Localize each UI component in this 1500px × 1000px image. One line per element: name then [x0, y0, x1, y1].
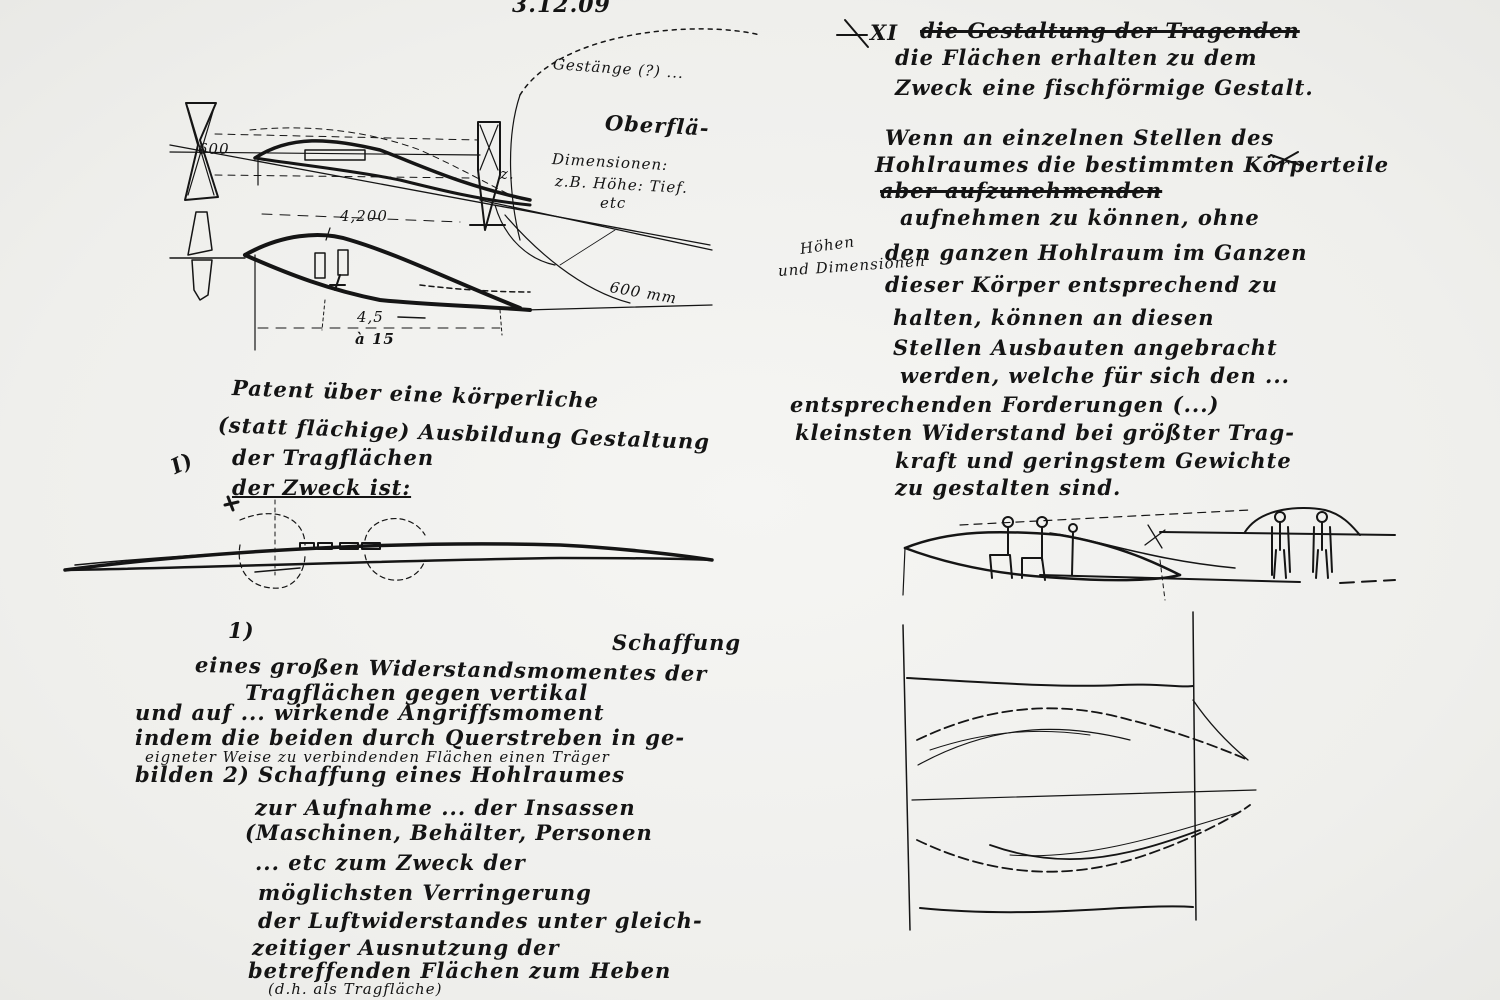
text-line: kleinsten Widerstand bei größter Trag-	[795, 420, 1295, 445]
text-line: entsprechenden Forderungen (...)	[790, 392, 1219, 417]
text-line: zu gestalten sind.	[895, 475, 1121, 500]
text-line: kraft und geringstem Gewichte	[895, 448, 1292, 473]
dim-label: 600	[198, 140, 230, 158]
dim-label: à 15	[355, 330, 395, 348]
text-line: (Maschinen, Behälter, Personen	[245, 820, 653, 845]
text-line: Zweck eine fischförmige Gestalt.	[895, 75, 1314, 100]
section-numeral: XI	[870, 20, 898, 45]
side-note-line: etc	[600, 194, 626, 212]
text-line: zur Aufnahme ... der Insassen	[255, 795, 636, 820]
dim-label: 4,5	[357, 308, 384, 326]
date-label: 3.12.09	[512, 0, 611, 18]
text-line: der Luftwiderstandes unter gleich-	[258, 908, 703, 933]
dim-label: 4,200	[340, 207, 388, 225]
text-line: zeitiger Ausnutzung der	[252, 935, 560, 960]
sketch-fish-wing-with-passengers	[903, 508, 1395, 600]
text-line: die Gestaltung der Tragenden	[920, 18, 1300, 43]
text-line: den ganzen Hohlraum im Ganzen	[885, 240, 1307, 265]
text-line: (d.h. als Tragfläche)	[268, 980, 442, 998]
section-numeral: 1)	[228, 618, 255, 643]
text-line: bilden 2) Schaffung eines Hohlraumes	[135, 762, 625, 787]
text-line: werden, welche für sich den ...	[900, 363, 1290, 388]
text-line: aber aufzunehmenden	[880, 178, 1162, 203]
text-line: möglichsten Verringerung	[258, 880, 592, 905]
sketch-fish-wing-plan-view	[903, 612, 1256, 930]
manuscript-page: 3.12.09 Gestänge (?) ... Oberflä- Dimens…	[0, 0, 1500, 1000]
text-line: Stellen Ausbauten angebracht	[893, 335, 1278, 360]
dim-label: z.	[500, 165, 515, 183]
sketch-wing-front-view	[65, 497, 712, 588]
text-line: aufnehmen zu können, ohne	[900, 205, 1260, 230]
text-line: Schaffung	[612, 630, 741, 655]
text-line: Hohlraumes die bestimmten Körperteile	[875, 152, 1389, 177]
text-line: der Zweck ist:	[232, 475, 411, 500]
text-line: der Tragflächen	[232, 445, 434, 470]
text-line: ... etc zum Zweck der	[255, 850, 526, 875]
text-line: halten, können an diesen	[893, 305, 1215, 330]
text-line: dieser Körper entsprechend zu	[885, 272, 1278, 297]
text-line: indem die beiden durch Querstreben in ge…	[135, 725, 685, 750]
text-line: die Flächen erhalten zu dem	[895, 45, 1258, 70]
text-line: Wenn an einzelnen Stellen des	[885, 125, 1274, 150]
text-line: und auf ... wirkende Angriffsmoment	[135, 700, 605, 725]
